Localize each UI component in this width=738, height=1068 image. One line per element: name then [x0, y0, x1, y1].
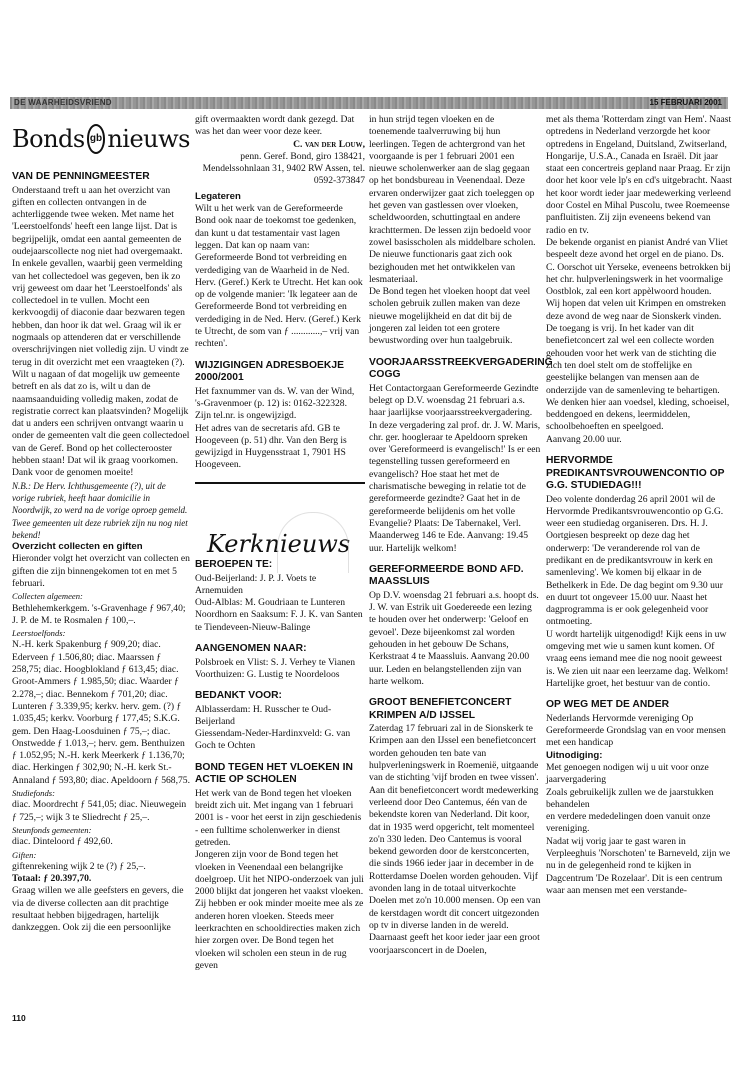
section-label: Leerstoelfonds:	[12, 627, 190, 639]
legateren-heading: Legateren	[195, 191, 365, 203]
aangenomen-heading: AANGENOMEN NAAR:	[195, 643, 365, 656]
collection-section: Studiefonds: diac. Moordrecht ƒ 541,05; …	[12, 787, 190, 824]
bond-vloeken-p2: Jongeren zijn voor de Bond tegen het vlo…	[195, 849, 365, 972]
concert-p2: De bekende organist en pianist André van…	[546, 237, 732, 298]
masthead-bonds: Bonds	[12, 133, 85, 145]
benefietconcert-p1: Zaterdag 17 februari zal in de Sionskerk…	[369, 723, 541, 784]
column-3: in hun strijd tegen vloeken en de toenem…	[369, 114, 541, 957]
page-number: 110	[12, 1013, 26, 1023]
list-item: Voorthuizen: G. Lustig te Noordeloos	[195, 669, 365, 681]
continuation-text: gift overmaakten wordt dank gezegd. Dat …	[195, 114, 365, 139]
section-divider	[195, 482, 365, 484]
section-text: diac. Dinteloord ƒ 492,60.	[12, 836, 190, 848]
opweg-heading: OP WEG MET DE ANDER	[546, 699, 732, 712]
nb-note: N.B.: De Herv. Ichthusgemeente (?), uit …	[12, 480, 190, 541]
collection-section: Steunfonds gemeenten: diac. Dinteloord ƒ…	[12, 824, 190, 849]
contio-heading: HERVORMDE PREDIKANTSVROUWENCONTIO OP G.G…	[546, 455, 732, 493]
penningmeester-intro: Onderstaand treft u aan het overzicht va…	[12, 185, 190, 480]
list-item: Giessendam-Neder-Hardinxveld: G. van Goc…	[195, 728, 365, 753]
bond-vloeken-heading: BOND TEGEN HET VLOEKEN IN ACTIE OP SCHOL…	[195, 762, 365, 787]
contio-p3: Hartelijke groet, het bestuur van de con…	[546, 678, 732, 690]
section-label: Studiefonds:	[12, 787, 190, 799]
adresboekje-p1: Het faxnummer van ds. W. van der Wind, '…	[195, 386, 365, 423]
church-window-icon	[277, 512, 349, 573]
column-4: met als thema 'Rotterdam zingt van Hem'.…	[546, 114, 732, 897]
section-text: giftenrekening wijk 2 te (?) ƒ 25,–.	[12, 861, 190, 873]
continuation-text-2: De Bond tegen het vloeken hoopt dat veel…	[369, 286, 541, 347]
cogg-heading: VOORJAARSSTREEKVERGADERING COGG	[369, 357, 541, 382]
bedankt-heading: BEDANKT VOOR:	[195, 690, 365, 703]
closing-text: Graag willen we alle geefsters en gevers…	[12, 885, 190, 934]
maassluis-heading: GEREFORMEERDE BOND AFD. MAASSLUIS	[369, 564, 541, 589]
benefietconcert-p2: Aan dit benefietconcert wordt medewerkin…	[369, 785, 541, 957]
benefietconcert-heading: GROOT BENEFIETCONCERT KRIMPEN A/D IJSSEL	[369, 697, 541, 722]
list-item: Polsbroek en Vlist: S. J. Verhey te Vian…	[195, 657, 365, 669]
list-item: Oud-Alblas: M. Goudriaan te Lunteren	[195, 597, 365, 609]
section-text: diac. Moordrecht ƒ 541,05; diac. Nieuweg…	[12, 799, 190, 824]
list-item: Oud-Beijerland: J. P. J. Voets te Arnemu…	[195, 573, 365, 598]
section-label: Collecten algemeen:	[12, 590, 190, 602]
opweg-p1: Nederlands Hervormde vereniging Op Geref…	[546, 713, 732, 750]
contio-p1: Deo volente donderdag 26 april 2001 wil …	[546, 494, 732, 629]
signature: C. van der Louw,	[195, 139, 365, 151]
section-text: N.-H. kerk Spakenburg ƒ 909,20; diac. Ed…	[12, 639, 190, 787]
total-amount: Totaal: ƒ 20.397,70.	[12, 873, 190, 885]
continuation-text: in hun strijd tegen vloeken en de toenem…	[369, 114, 541, 286]
list-item: Met genoegen nodigen wij u uit voor onze…	[546, 762, 732, 787]
section-text: Bethlehemkerkgem. 's-Gravenhage ƒ 967,40…	[12, 603, 190, 628]
overview-heading: Overzicht collecten en giften	[12, 541, 190, 553]
publication-name: DE WAARHEIDSVRIEND	[14, 97, 112, 109]
kerknieuws-masthead: Kerknieuws	[207, 538, 365, 550]
legateren-text: Wilt u het werk van de Gereformeerde Bon…	[195, 203, 365, 351]
adresboekje-p2: Het adres van de secretaris afd. GB te H…	[195, 423, 365, 472]
bond-vloeken-p1: Het werk van de Bond tegen het vloeken b…	[195, 788, 365, 849]
section-label: Giften:	[12, 849, 190, 861]
list-item: Zoals gebruikelijk zullen we de jaarstuk…	[546, 787, 732, 812]
maassluis-text: Op D.V. woensdag 21 februari a.s. hoopt …	[369, 590, 541, 688]
contio-p2: U wordt hartelijk uitgenodigd! Kijk eens…	[546, 629, 732, 678]
column-1: Bonds gb nieuws VAN DE PENNINGMEESTER On…	[12, 114, 190, 935]
issue-date: 15 FEBRUARI 2001	[650, 97, 722, 109]
concert-p4: Aanvang 20.00 uur.	[546, 434, 732, 446]
opweg-invitation-label: Uitnodiging:	[546, 750, 732, 762]
collection-section: Giften: giftenrekening wijk 2 te (?) ƒ 2…	[12, 849, 190, 874]
penningmeester-heading: VAN DE PENNINGMEESTER	[12, 171, 190, 184]
cogg-text: Het Contactorgaan Gereformeerde Gezindte…	[369, 383, 541, 555]
section-label: Steunfonds gemeenten:	[12, 824, 190, 836]
opweg-p2: Nadat wij vorig jaar te gast waren in Ve…	[546, 836, 732, 897]
adresboekje-heading: WIJZIGINGEN ADRESBOEKJE 2000/2001	[195, 360, 365, 385]
page-header-bar: DE WAARHEIDSVRIEND 15 FEBRUARI 2001	[10, 97, 728, 109]
gb-logo-icon: gb	[87, 124, 106, 154]
masthead-nieuws: nieuws	[107, 133, 190, 145]
list-item: Noordhorn en Saaksum: F. J. K. van Sante…	[195, 609, 365, 634]
bondsnieuws-masthead: Bonds gb nieuws	[12, 116, 190, 162]
overview-intro: Hieronder volgt het overzicht van collec…	[12, 553, 190, 590]
concert-p3: Wij hopen dat velen uit Krimpen en omstr…	[546, 298, 732, 433]
collection-section: Collecten algemeen: Bethlehemkerkgem. 's…	[12, 590, 190, 627]
list-item: en verdere mededelingen doen vanuit onze…	[546, 811, 732, 836]
continuation-text: met als thema 'Rotterdam zingt van Hem'.…	[546, 114, 732, 237]
collection-section: Leerstoelfonds: N.-H. kerk Spakenburg ƒ …	[12, 627, 190, 787]
list-item: Alblasserdam: H. Russcher te Oud-Beijerl…	[195, 704, 365, 729]
signature-detail: penn. Geref. Bond, giro 138421, Mendelss…	[195, 151, 365, 188]
column-2: gift overmaakten wordt dank gezegd. Dat …	[195, 114, 365, 972]
